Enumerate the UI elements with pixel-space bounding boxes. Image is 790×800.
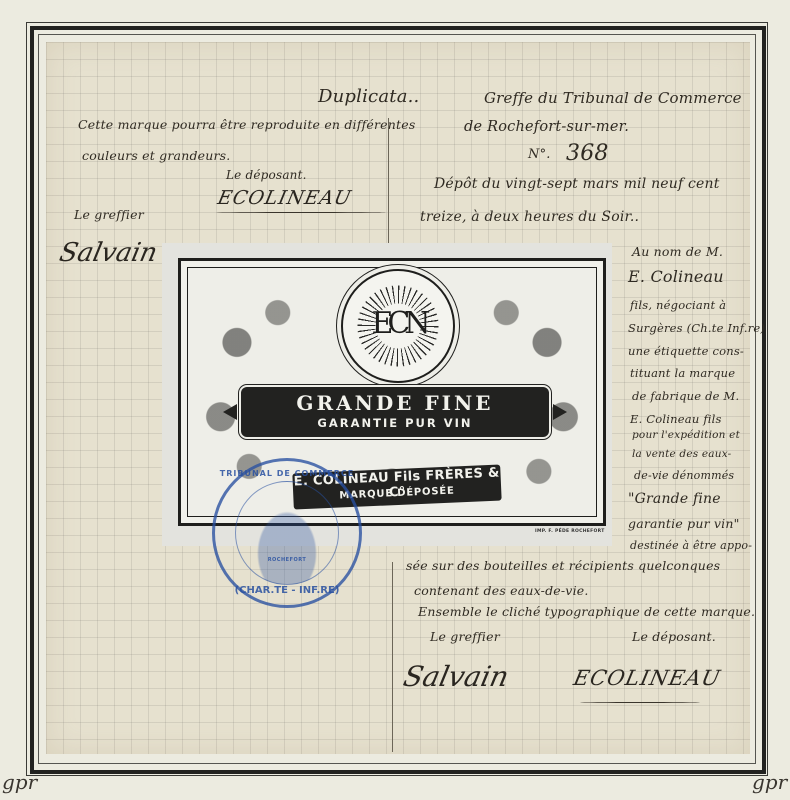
bottom-text-line-3: Ensemble le cliché typographique de cett… <box>418 604 755 619</box>
right-text-line: pour l'expédition et <box>632 429 740 441</box>
deposit-line-2: treize, à deux heures du Soir.. <box>420 209 639 225</box>
right-text-line: de-vie dénommés <box>634 469 734 482</box>
right-text-line: une étiquette cons- <box>628 344 744 358</box>
bottom-text-line-1: sée sur des bouteilles et récipients que… <box>406 558 720 573</box>
duplicata-heading: Duplicata.. <box>318 86 419 107</box>
printer-imprint: IMP. F. PÉDE ROCHEFORT <box>535 529 605 534</box>
signature-flourish <box>216 212 386 213</box>
label-subtitle: GARANTIE PUR VIN <box>241 416 549 430</box>
label-title: GRANDE FINE <box>241 391 549 415</box>
right-text-line: destinée à être appo- <box>630 539 752 552</box>
right-text-line: fils, négociant à <box>630 298 726 312</box>
right-text-line: "Grande fine <box>628 491 721 507</box>
right-text-line: Surgères (Ch.te Inf.re) <box>628 321 765 335</box>
stamp-center-text: ROCHEFORT <box>215 557 359 563</box>
greffe-line-1: Greffe du Tribunal de Commerce <box>484 89 742 107</box>
stamp-emblem <box>235 481 339 585</box>
deposit-number: 368 <box>566 141 609 166</box>
tribunal-stamp: TRIBUNAL DE COMMERCE ROCHEFORT (CHAR.TE … <box>212 458 362 608</box>
monogram: ECN <box>343 306 453 341</box>
right-text-line: tituant la marque <box>630 366 735 380</box>
clerk-signature-top: Salvain <box>57 238 160 268</box>
depositor-signature-top: ECOLINEAU <box>216 187 354 209</box>
right-text-line: Au nom de M. <box>632 244 723 259</box>
clerk-label-bottom: Le greffier <box>430 629 500 644</box>
column-divider-bottom <box>392 562 393 752</box>
right-text-line: E. Colineau <box>628 267 724 286</box>
stamp-top-text: TRIBUNAL DE COMMERCE <box>215 469 359 478</box>
stamp-bottom-text: (CHAR.TE - INF.RE) <box>215 585 359 596</box>
number-prefix: N°. <box>528 147 551 162</box>
greffe-line-2: de Rochefort-sur-mer. <box>464 119 629 135</box>
right-text-line: garantie pur vin" <box>628 516 740 531</box>
depositor-label-top: Le déposant. <box>226 168 307 182</box>
monogram-medallion: ECN <box>341 269 455 383</box>
clerk-signature-bottom: Salvain <box>400 660 511 693</box>
depositor-label-bottom: Le déposant. <box>632 629 716 644</box>
right-text-line: E. Colineau fils <box>630 412 722 426</box>
clerk-label-top: Le greffier <box>74 207 144 222</box>
right-text-line: de fabrique de M. <box>632 389 739 403</box>
banner-arrow-right-icon <box>553 404 567 420</box>
reproduction-note-line-2: couleurs et grandeurs. <box>82 148 230 163</box>
bottom-text-line-2: contenant des eaux-de-vie. <box>414 583 589 598</box>
signature-flourish-bottom <box>580 702 700 703</box>
reproduction-note-line-1: Cette marque pourra être reproduite en d… <box>78 117 415 132</box>
deposit-line-1: Dépôt du vingt-sept mars mil neuf cent <box>434 176 720 192</box>
depositor-signature-bottom: ECOLINEAU <box>571 666 723 690</box>
column-divider-top <box>388 118 389 243</box>
right-text-line: la vente des eaux- <box>632 448 731 460</box>
corner-initials-left: gpr <box>2 770 37 794</box>
corner-initials-right: gpr <box>752 770 787 794</box>
banner-arrow-left-icon <box>223 404 237 420</box>
